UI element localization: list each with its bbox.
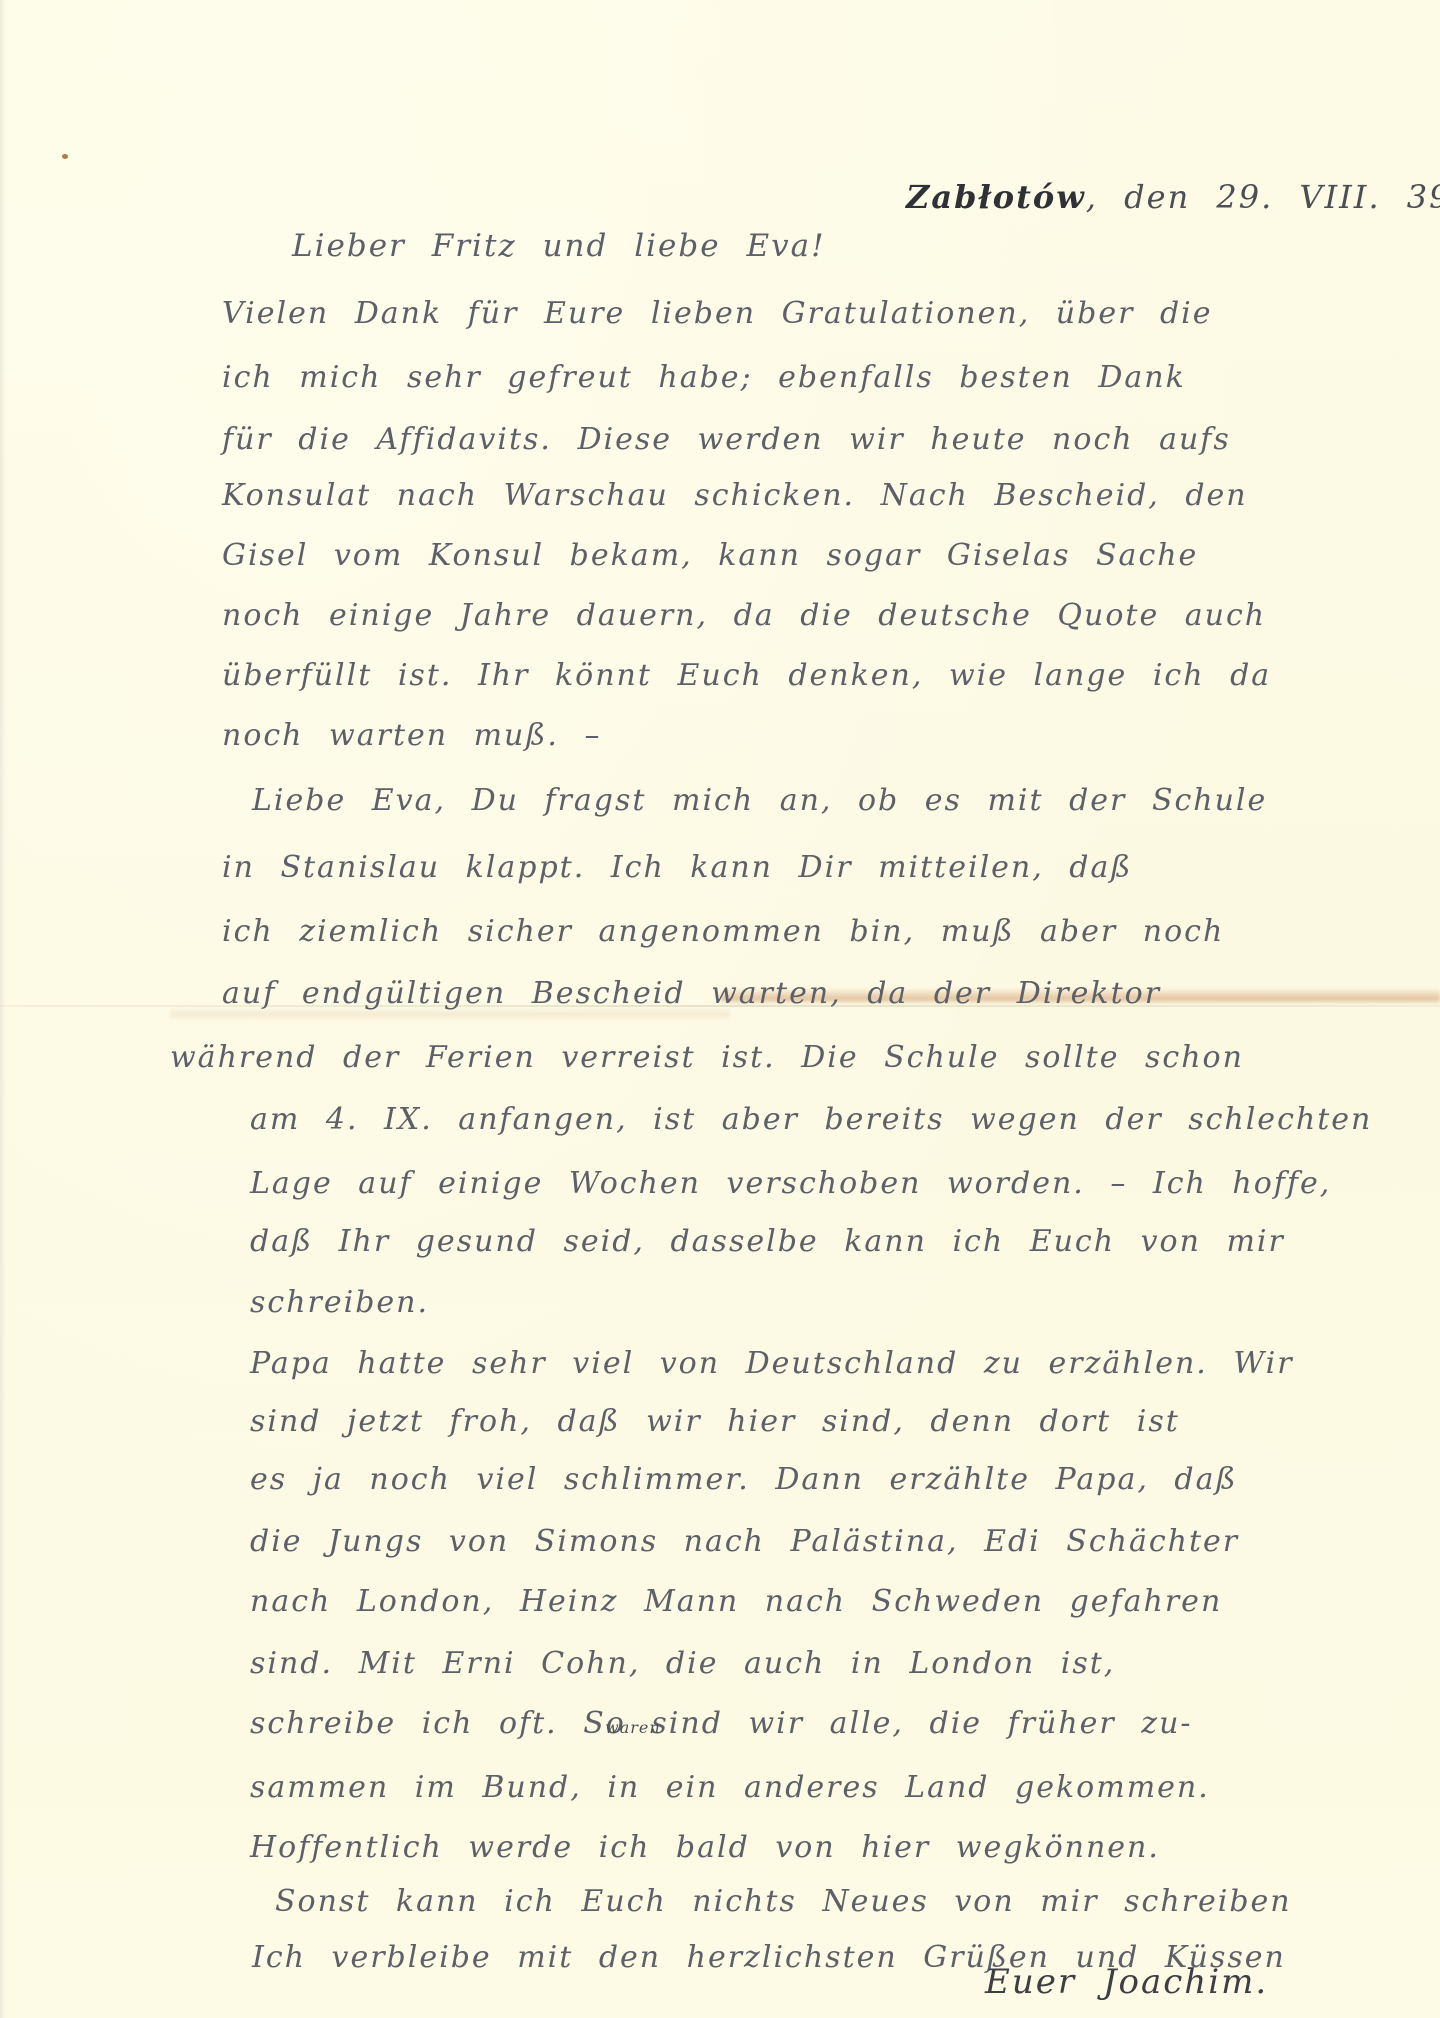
- letter-line: überfüllt ist. Ihr könnt Euch denken, wi…: [222, 658, 1271, 693]
- letter-line: daß Ihr gesund seid, dasselbe kann ich E…: [250, 1224, 1285, 1259]
- letter-line: schreiben.: [250, 1285, 429, 1320]
- letter-line: ich ziemlich sicher angenommen bin, muß …: [222, 914, 1224, 949]
- letter-line: noch einige Jahre dauern, da die deutsch…: [222, 598, 1266, 633]
- letter-line: Lage auf einige Wochen verschoben worden…: [250, 1166, 1331, 1201]
- date-text: , den 29. VIII. 39.: [1086, 178, 1440, 216]
- letter-line: sammen im Bund, in ein anderes Land geko…: [250, 1770, 1210, 1805]
- letter-line: Hoffentlich werde ich bald von hier wegk…: [250, 1830, 1160, 1865]
- letter-line: noch warten muß. –: [222, 718, 602, 753]
- letter-line: Konsulat nach Warschau schicken. Nach Be…: [222, 478, 1248, 513]
- letter-greeting: Lieber Fritz und liebe Eva!: [292, 228, 826, 264]
- letter-line: in Stanislau klappt. Ich kann Dir mittei…: [222, 850, 1132, 885]
- letter-line: schreibe ich oft. So sind wir alle, die …: [250, 1706, 1193, 1741]
- letter-signature: Euer Joachim.: [985, 1962, 1268, 2002]
- letter-line: sind. Mit Erni Cohn, die auch in London …: [250, 1646, 1115, 1681]
- place-name: Zabłotów: [906, 178, 1086, 216]
- letter-line: Vielen Dank für Eure lieben Gratulatione…: [222, 296, 1213, 331]
- letter-line: für die Affidavits. Diese werden wir heu…: [222, 422, 1231, 457]
- letter-line: sind jetzt froh, daß wir hier sind, denn…: [250, 1404, 1180, 1439]
- paper-edge: [0, 0, 6, 2018]
- letter-line: Liebe Eva, Du fragst mich an, ob es mit …: [252, 783, 1267, 818]
- letter-line: Papa hatte sehr viel von Deutschland zu …: [250, 1346, 1294, 1381]
- ink-speck: [62, 154, 68, 159]
- interlinear-insertion: waren: [605, 1718, 661, 1737]
- letter-line: Sonst kann ich Euch nichts Neues von mir…: [275, 1884, 1292, 1919]
- letter-line: während der Ferien verreist ist. Die Sch…: [170, 1040, 1244, 1075]
- letter-line: Gisel vom Konsul bekam, kann sogar Gisel…: [222, 538, 1198, 573]
- letter-line: es ja noch viel schlimmer. Dann erzählte…: [250, 1462, 1238, 1497]
- letter-line: nach London, Heinz Mann nach Schweden ge…: [250, 1584, 1222, 1619]
- letter-line: auf endgültigen Bescheid warten, da der …: [222, 976, 1161, 1011]
- letter-line: die Jungs von Simons nach Palästina, Edi…: [250, 1524, 1239, 1559]
- letter-line: ich mich sehr gefreut habe; ebenfalls be…: [222, 360, 1186, 395]
- letter-line: am 4. IX. anfangen, ist aber bereits weg…: [250, 1102, 1372, 1137]
- date-line: Zabłotów, den 29. VIII. 39.: [906, 178, 1440, 216]
